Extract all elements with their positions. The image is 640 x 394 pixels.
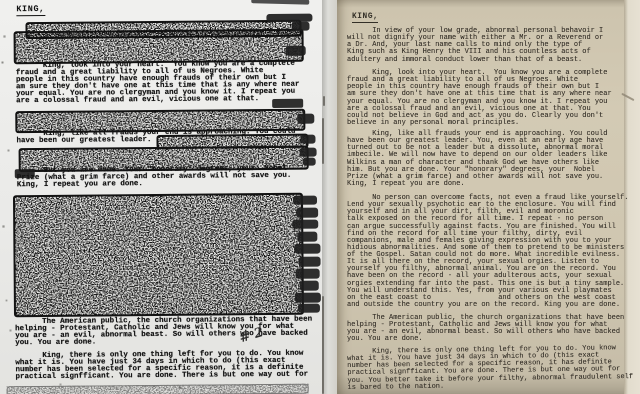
redaction-nub — [300, 148, 317, 157]
paragraph-right-5: The American public, the church organiza… — [347, 315, 624, 344]
redaction-nub — [300, 135, 315, 144]
redaction-block — [14, 29, 304, 65]
redaction-nub — [286, 46, 306, 56]
paragraph-left-5: King, there is only one thing left for y… — [15, 351, 308, 382]
scan-artifact — [251, 0, 309, 5]
page-edge-line — [322, 296, 324, 394]
redaction-nub — [293, 196, 317, 205]
redaction-nub — [300, 281, 319, 291]
paragraph-left-4: The American public, the church organiza… — [15, 317, 312, 348]
unredacted-letter-page: KING, In view of your low grade, abnorma… — [337, 0, 640, 394]
redaction-nub — [299, 257, 321, 267]
redaction-nub — [297, 114, 314, 124]
redaction-nub — [296, 208, 318, 218]
paragraph-right-4: No person can overcome facts, not even a… — [347, 195, 628, 309]
redaction-nub — [297, 232, 317, 242]
redaction-inline — [272, 99, 303, 108]
paragraph-right-3: King, like all frauds your end is approa… — [347, 131, 607, 188]
paragraph-left-3: But you are done. Your "honorary" degree… — [17, 166, 292, 190]
paragraph-right-1: In view of your low grade, abnormal pers… — [347, 28, 603, 64]
paragraph-right-2: King, look into your heart. You know you… — [347, 70, 612, 127]
redaction-nub — [303, 158, 316, 166]
redaction-nub — [298, 304, 320, 313]
redaction-block — [13, 193, 304, 318]
redaction-nub — [295, 293, 321, 303]
paragraph-right-6: King, there is only one thing left for y… — [347, 345, 633, 392]
redaction-nub — [292, 220, 318, 229]
page-edge-line — [322, 118, 324, 164]
page-gap — [322, 0, 337, 394]
redaction-nub — [291, 22, 309, 31]
redaction-nub — [294, 244, 320, 254]
paragraph-left-1: King, look into your heart. You know you… — [16, 61, 300, 106]
redacted-letter-page: KING, King, look into your heart. You kn… — [0, 0, 322, 394]
redaction-nub — [296, 269, 320, 279]
left-salutation: KING, — [16, 5, 45, 16]
scanned-letters-composite: KING, King, look into your heart. You kn… — [0, 0, 640, 394]
right-salutation: KING, — [352, 13, 378, 23]
redaction-block — [7, 384, 309, 394]
page-edge-line — [323, 96, 325, 106]
